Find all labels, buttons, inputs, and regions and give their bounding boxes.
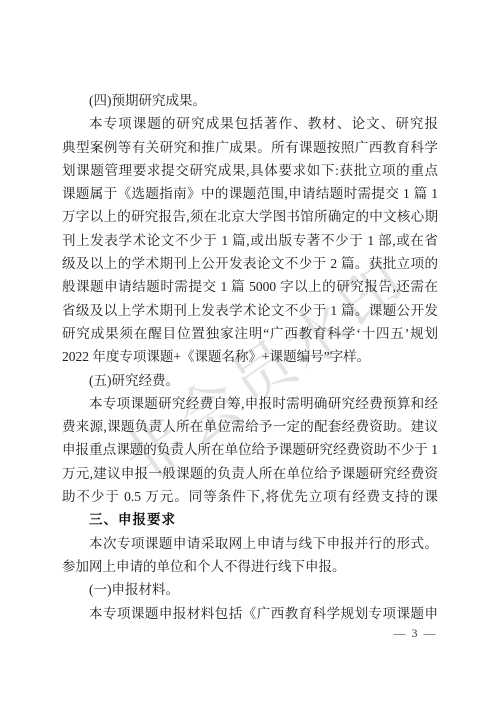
text-line: 级及以上的学术期刊上公开发表论文不少于 2 篇。获批立项的一 <box>62 252 438 275</box>
text-line: 研究成果须在醒目位置独家注明“广西教育科学‘十四五’规划 <box>62 322 438 345</box>
text-line: 助不少于 0.5 万元。同等条件下,将优先立项有经费支持的课题。 <box>62 485 438 508</box>
subsection-heading-research-funding: (五)研究经费。 <box>62 369 438 392</box>
text-line: 划课题管理要求提交研究成果,具体要求如下:获批立项的重点 <box>62 159 438 182</box>
text-line: 刊上发表学术论文不少于 1 篇,或出版专著不少于 1 部,或在省 <box>62 229 438 252</box>
page-number: — 3 — <box>394 626 438 641</box>
text-line: 本专项课题的研究成果包括著作、教材、论文、研究报告、 <box>62 112 438 135</box>
text-line: 般课题申请结题时需提交 1 篇 5000 字以上的研究报告,还需在 <box>62 275 438 298</box>
text-line: 课题属于《选题指南》中的课题范围,申请结题时需提交 1 篇 1 <box>62 182 438 205</box>
text-line: 万字以上的研究报告,须在北京大学图书馆所确定的中文核心期 <box>62 205 438 228</box>
section-heading-application-requirements: 三、申报要求 <box>62 508 438 531</box>
text-line: 申报重点课题的负责人所在单位给予课题研究经费资助不少于 1 <box>62 438 438 461</box>
subsection-heading-expected-results: (四)预期研究成果。 <box>62 89 438 112</box>
text-line: 本专项课题申报材料包括《广西教育科学规划专项课题申 <box>62 602 438 625</box>
document-page: 非会员水印 (四)预期研究成果。 本专项课题的研究成果包括著作、教材、论文、研究… <box>0 0 500 707</box>
text-line: 费来源,课题负责人所在单位需给予一定的配套经费资助。建议 <box>62 415 438 438</box>
text-line: 本专项课题研究经费自筹,申报时需明确研究经费预算和经 <box>62 392 438 415</box>
text-line: 省级及以上学术期刊上发表学术论文不少于 1 篇。课题公开发表 <box>62 299 438 322</box>
text-line: 本次专项课题申请采取网上申请与线下申报并行的形式。未 <box>62 532 438 555</box>
text-line: 典型案例等有关研究和推广成果。所有课题按照广西教育科学规 <box>62 136 438 159</box>
text-line: 参加网上申请的单位和个人不得进行线下申报。 <box>62 555 438 578</box>
text-line: 2022 年度专项课题+《课题名称》+课题编号”字样。 <box>62 345 438 368</box>
text-line: 万元,建议申报一般课题的负责人所在单位给予课题研究经费资 <box>62 462 438 485</box>
document-text: (四)预期研究成果。 本专项课题的研究成果包括著作、教材、论文、研究报告、 典型… <box>62 89 438 625</box>
subsection-heading-application-materials: (一)申报材料。 <box>62 578 438 601</box>
